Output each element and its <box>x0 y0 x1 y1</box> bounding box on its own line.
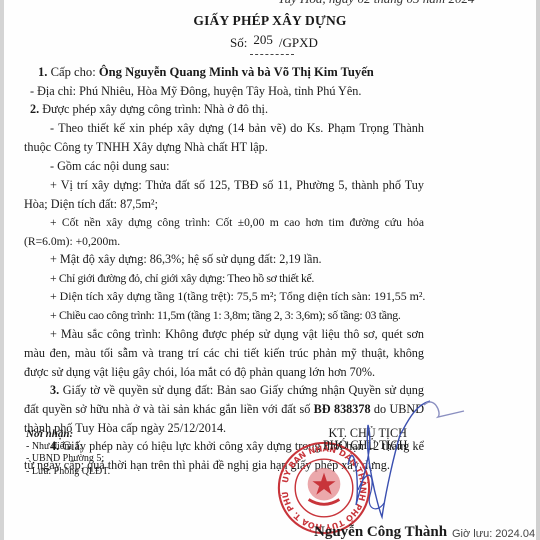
recipient-item: - UBND Phường 5; <box>26 453 110 466</box>
area-info: + Diện tích xây dựng tầng 1(tầng trệt): … <box>50 287 425 306</box>
recipients-heading: Nơi nhận: <box>26 428 110 441</box>
contents-heading: - Gồm các nội dung sau: <box>50 157 169 176</box>
grantee-address: - Địa chỉ: Phú Nhiêu, Hòa Mỹ Đông, huyện… <box>30 82 361 101</box>
separator <box>250 54 294 55</box>
recipient-item: - Lưu: Phòng QLĐT. <box>26 466 110 479</box>
item-2: 2. Được phép xây dựng công trình: Nhà ở … <box>30 100 268 119</box>
boundary-info: + Chỉ giới đường đỏ, chỉ giới xây dựng: … <box>50 269 314 288</box>
handwritten-signature-icon <box>334 395 474 525</box>
permit-number: Số:205/GPXD <box>230 35 318 51</box>
item-1-label: Cấp cho: <box>47 65 98 79</box>
signer-name: Nguyễn Công Thành <box>314 524 447 540</box>
number-suffix: /GPXD <box>279 35 318 50</box>
recipient-item: - Như điểm 1; <box>26 441 110 454</box>
design-info: - Theo thiết kế xin phép xây dựng (14 bả… <box>24 119 424 157</box>
item-2-text: Được phép xây dựng công trình: Nhà ở đô … <box>39 102 268 116</box>
item-2-number: 2. <box>30 102 39 116</box>
foundation-info: + Cốt nền xây dựng công trình: Cốt ±0,00… <box>24 213 424 251</box>
dateline: Tuy Hòa, ngày 02 tháng 05 năm 2024 <box>278 0 474 7</box>
document-title: GIẤY PHÉP XÂY DỰNG <box>4 13 536 29</box>
recipients-block: Nơi nhận: - Như điểm 1; - UBND Phường 5;… <box>26 428 110 478</box>
color-info: + Màu sắc công trình: Không được phép sử… <box>24 325 424 382</box>
viewer-right-edge <box>536 0 540 540</box>
save-timestamp: Giờ lưu: 2024.04 <box>452 528 535 540</box>
document-page: Tuy Hòa, ngày 02 tháng 05 năm 2024 GIẤY … <box>4 0 536 540</box>
number-label: Số: <box>230 35 247 50</box>
density-info: + Mật độ xây dựng: 86,3%; hệ số sử dụng … <box>50 250 322 269</box>
height-info: + Chiều cao công trình: 11,5m (tầng 1: 3… <box>50 306 400 325</box>
grantee-names: Ông Nguyễn Quang Minh và bà Võ Thị Kim T… <box>99 65 374 79</box>
number-value: 205 <box>253 32 273 48</box>
item-3-number: 3. <box>50 383 59 397</box>
item-1: 1. Cấp cho: Ông Nguyễn Quang Minh và bà … <box>38 63 374 82</box>
location-info: + Vị trí xây dựng: Thửa đất số 125, TBĐ … <box>24 176 424 214</box>
